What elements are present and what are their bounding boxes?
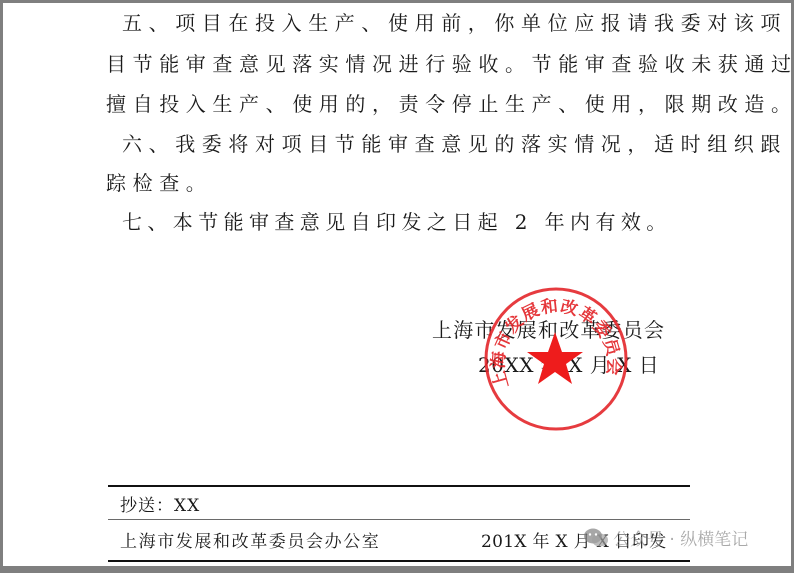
issuer-office: 上海市发展和改革委员会办公室 [120, 531, 380, 553]
paragraph-5-line-2: 目节能审查意见落实情况进行验收。节能审查验收未获通过， [106, 52, 794, 76]
watermark: 公众号 · 纵横笔记 [583, 525, 748, 550]
paragraph-7-line-1: 七、本节能审查意见自印发之日起 2 年内有效。 [122, 210, 672, 234]
signature-organization: 上海市发展和改革委员会 [432, 318, 665, 342]
footer-rule-top [108, 485, 690, 487]
document-page: 五、项目在投入生产、使用前，你单位应报请我委对该项 目节能审查意见落实情况进行验… [3, 3, 791, 566]
paragraph-5-line-3: 擅自投入生产、使用的，责令停止生产、使用，限期改造。 [106, 92, 794, 116]
signature-date: 20XX 年 X 月 X 日 [478, 353, 659, 377]
footer-rule-bottom [108, 560, 690, 562]
wechat-icon [583, 527, 609, 549]
paragraph-5-line-1: 五、项目在投入生产、使用前，你单位应报请我委对该项 [122, 11, 787, 35]
footer-rule-middle [108, 519, 690, 520]
paragraph-6-line-1: 六、我委将对项目节能审查意见的落实情况，适时组织跟 [122, 132, 787, 156]
cc-label: 抄送：XX [120, 495, 200, 517]
watermark-text: 公众号 · 纵横笔记 [613, 525, 748, 550]
paragraph-6-line-2: 踪检查。 [106, 171, 212, 195]
